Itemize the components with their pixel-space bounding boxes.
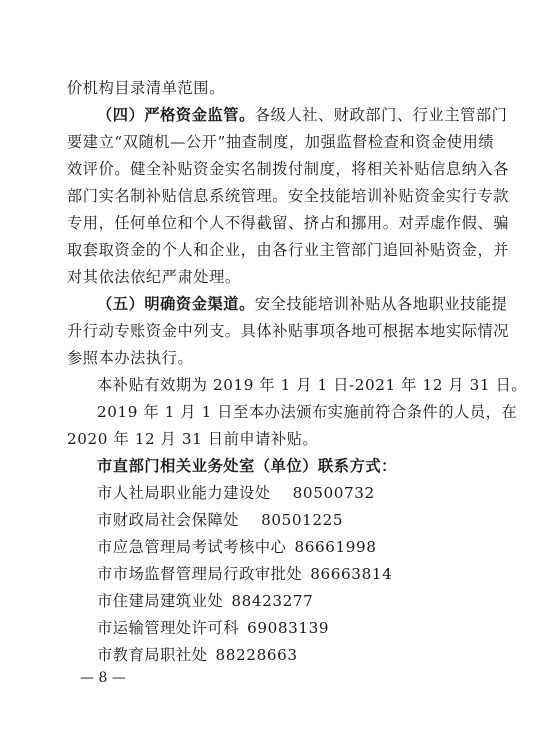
- validity-period: 本补贴有效期为 2019 年 1 月 1 日-2021 年 12 月 31 日。: [97, 375, 469, 395]
- contact-phone: 80501225: [261, 511, 343, 529]
- line-text: 部门实名制补贴信息系统管理。安全技能培训补贴资金实行专款: [67, 187, 509, 205]
- section-heading-5: （五）明确资金渠道。: [97, 295, 255, 313]
- line-text: 效评价。健全补贴资金实名制拨付制度，将相关补贴信息纳入各: [67, 160, 509, 178]
- paragraph-line: 取套取资金的个人和企业，由各行业主管部门追回补贴资金，并: [67, 240, 469, 260]
- contact-item: 市应急管理局考试考核中心86661998: [97, 537, 499, 557]
- line-text: 专用，任何单位和个人不得截留、挤占和挪用。对弄虚作假、骗: [67, 214, 509, 232]
- paragraph-line: 参照本办法执行。: [67, 348, 469, 368]
- contact-dept: 市财政局社会保障处: [97, 511, 239, 529]
- paragraph-line: （四）严格资金监管。各级人社、财政部门、行业主管部门: [97, 105, 469, 125]
- contact-phone: 69083139: [247, 619, 329, 637]
- contact-dept: 市住建局建筑业处: [97, 592, 223, 610]
- contact-phone: 88228663: [216, 646, 298, 664]
- paragraph-line: 专用，任何单位和个人不得截留、挤占和挪用。对弄虚作假、骗: [67, 213, 469, 233]
- contact-dept: 市市场监督管理局行政审批处: [97, 565, 302, 583]
- contact-dept: 市应急管理局考试考核中心: [97, 538, 286, 556]
- contact-phone: 86663814: [310, 565, 392, 583]
- contact-dept: 市人社局职业能力建设处: [97, 484, 271, 502]
- paragraph-line: （五）明确资金渠道。安全技能培训补贴从各地职业技能提: [97, 294, 469, 314]
- line-text: 参照本办法执行。: [67, 349, 193, 367]
- paragraph-line: 效评价。健全补贴资金实名制拨付制度，将相关补贴信息纳入各: [67, 159, 469, 179]
- paragraph-line: 2020 年 12 月 31 日前申请补贴。: [67, 429, 469, 449]
- contact-phone: 88423277: [231, 592, 313, 610]
- line-text: 2019 年 1 月 1 日至本办法颁布实施前符合条件的人员，在: [97, 403, 517, 421]
- line-text: 取套取资金的个人和企业，由各行业主管部门追回补贴资金，并: [67, 241, 509, 259]
- paragraph-line: 要建立“双随机—公开”抽查制度，加强监督检查和资金使用绩: [67, 132, 469, 152]
- contact-item: 市运输管理处许可科69083139: [97, 618, 499, 638]
- contact-phone: 80500732: [293, 484, 375, 502]
- contact-dept: 市教育局职社处: [97, 646, 208, 664]
- line-text: 对其依法依纪严肃处理。: [67, 268, 241, 286]
- paragraph-line: 价机构目录清单范围。: [67, 78, 469, 98]
- contact-item: 市市场监督管理局行政审批处86663814: [97, 564, 499, 584]
- page-number: — 8 —: [80, 670, 126, 686]
- contacts-heading: 市直部门相关业务处室（单位）联系方式：: [97, 456, 499, 476]
- contact-item: 市财政局社会保障处80501225: [97, 510, 499, 530]
- contact-dept: 市运输管理处许可科: [97, 619, 239, 637]
- line-text: 各级人社、财政部门、行业主管部门: [255, 106, 508, 124]
- line-text: 安全技能培训补贴从各地职业技能提: [255, 295, 508, 313]
- section-heading-4: （四）严格资金监管。: [97, 106, 255, 124]
- line-text: 本补贴有效期为 2019 年 1 月 1 日-2021 年 12 月 31 日。: [97, 376, 527, 394]
- contact-item: 市住建局建筑业处88423277: [97, 591, 499, 611]
- line-text: 价机构目录清单范围。: [67, 79, 225, 97]
- contact-phone: 86661998: [294, 538, 376, 556]
- paragraph-line: 升行动专账资金中列支。具体补贴事项各地可根据本地实际情况: [67, 321, 469, 341]
- line-text: 升行动专账资金中列支。具体补贴事项各地可根据本地实际情况: [67, 322, 509, 340]
- contact-item: 市人社局职业能力建设处80500732: [97, 483, 499, 503]
- document-page: 价机构目录清单范围。 （四）严格资金监管。各级人社、财政部门、行业主管部门 要建…: [0, 0, 537, 746]
- contact-item: 市教育局职社处88228663: [97, 645, 499, 665]
- paragraph-line: 对其依法依纪严肃处理。: [67, 267, 469, 287]
- paragraph-line: 2019 年 1 月 1 日至本办法颁布实施前符合条件的人员，在: [97, 402, 469, 422]
- paragraph-line: 部门实名制补贴信息系统管理。安全技能培训补贴资金实行专款: [67, 186, 469, 206]
- line-text: 要建立“双随机—公开”抽查制度，加强监督检查和资金使用绩: [67, 133, 494, 151]
- line-text: 2020 年 12 月 31 日前申请补贴。: [67, 430, 318, 448]
